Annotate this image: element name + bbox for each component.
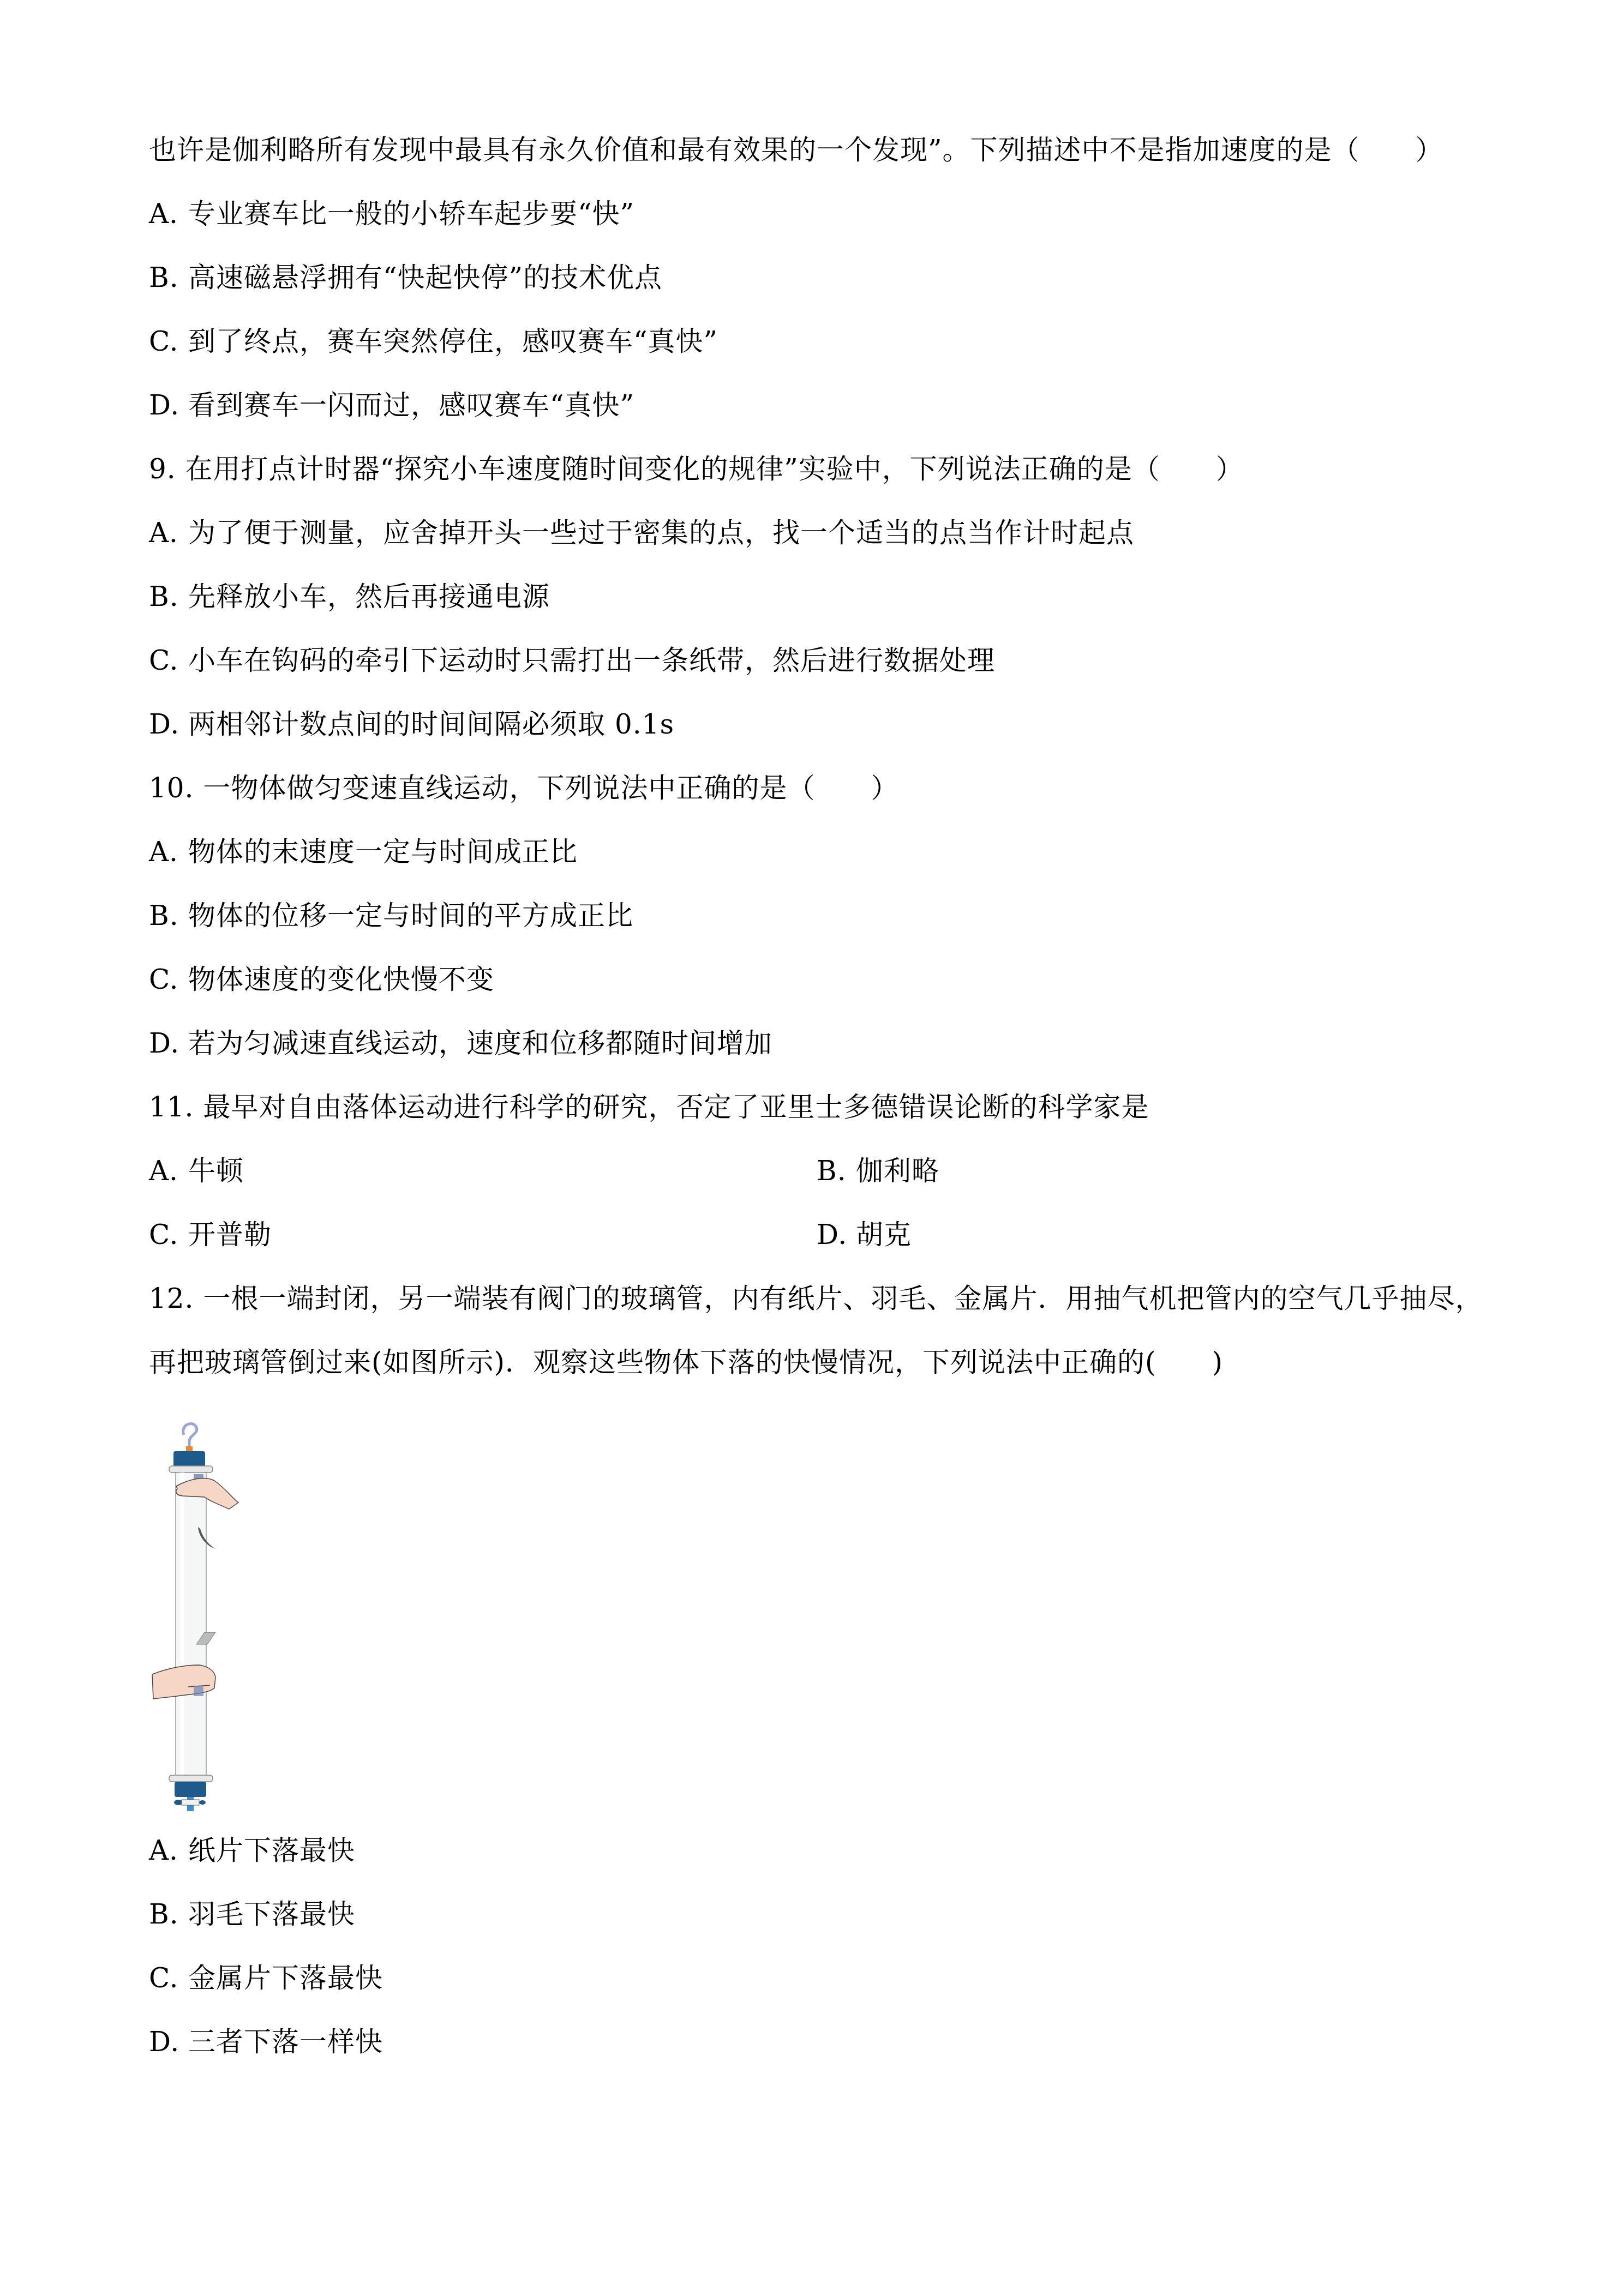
option-label: B. [149, 580, 188, 613]
option-text: 高速磁悬浮拥有“快起快停”的技术优点 [188, 262, 662, 293]
top-cap [173, 1451, 205, 1468]
hook-nut [186, 1446, 193, 1452]
q9-option-b: B.先释放小车，然后再接通电源 [149, 580, 550, 613]
option-text: 开普勒 [188, 1219, 272, 1251]
option-label: D. [149, 1027, 188, 1060]
option-label: D. [817, 1218, 856, 1251]
option-label: D. [149, 389, 188, 422]
q10-option-a: A.物体的末速度一定与时间成正比 [149, 836, 578, 868]
option-label: C. [149, 1218, 188, 1251]
q8-option-c: C.到了终点，赛车突然停住，感叹赛车“真快” [149, 325, 718, 358]
option-label: B. [817, 1155, 856, 1187]
option-text: 纸片下落最快 [188, 1835, 355, 1866]
q11-option-c: C.开普勒 [149, 1219, 272, 1251]
option-text: 物体速度的变化快慢不变 [188, 964, 494, 995]
option-label: A. [149, 1834, 188, 1867]
option-text: 胡克 [856, 1219, 912, 1251]
option-text: 专业赛车比一般的小轿车起步要“快” [188, 198, 634, 230]
q11-stem: 11. 最早对自由落体运动进行科学的研究，否定了亚里士多德错误论断的科学家是 [149, 1091, 1149, 1123]
option-text: 到了终点，赛车突然停住，感叹赛车“真快” [188, 326, 718, 357]
q10-option-d: D.若为匀减速直线运动，速度和位移都随时间增加 [149, 1027, 772, 1060]
q12-option-c: C.金属片下落最快 [149, 1962, 383, 1994]
q10-option-c: C.物体速度的变化快慢不变 [149, 963, 494, 996]
option-text: 三者下落一样快 [188, 2026, 383, 2058]
bottom-cap [175, 1782, 206, 1797]
q10-option-b: B.物体的位移一定与时间的平方成正比 [149, 899, 633, 932]
option-label: A. [149, 197, 188, 230]
q8-option-a: A.专业赛车比一般的小轿车起步要“快” [149, 197, 634, 230]
q12-option-d: D.三者下落一样快 [149, 2025, 383, 2058]
option-text: 牛顿 [188, 1155, 244, 1187]
option-label: A. [149, 516, 188, 549]
top-flange [169, 1466, 213, 1472]
option-label: A. [149, 836, 188, 868]
option-text: 若为匀减速直线运动，速度和位移都随时间增加 [188, 1027, 772, 1059]
q11-option-b: B.伽利略 [817, 1155, 939, 1187]
q9-stem: 9. 在用打点计时器“探究小车速度随时间变化的规律”实验中，下列说法正确的是（ … [149, 453, 1244, 485]
q12-option-a: A.纸片下落最快 [149, 1834, 355, 1867]
option-text: 物体的末速度一定与时间成正比 [188, 836, 578, 868]
q11-option-d: D.胡克 [817, 1218, 912, 1251]
q11-option-a: A.牛顿 [149, 1155, 244, 1187]
option-text: 羽毛下落最快 [188, 1898, 355, 1930]
q12-stem-line-1: 12. 一根一端封闭，另一端装有阀门的玻璃管，内有纸片、羽毛、金属片．用抽气机把… [149, 1282, 1483, 1315]
option-label: D. [149, 2025, 188, 2058]
option-label: C. [149, 1962, 188, 1994]
bottom-flange [169, 1775, 213, 1782]
option-label: C. [149, 644, 188, 677]
option-text: 金属片下落最快 [188, 1962, 383, 1994]
option-text: 伽利略 [856, 1155, 939, 1187]
q8-stem-tail: 也许是伽利略所有发现中最具有永久价值和最有效果的一个发现”。下列描述中不是指加速… [149, 134, 1443, 166]
option-label: B. [149, 1898, 188, 1931]
q11-options-row-1: A.牛顿 B.伽利略 [149, 1155, 1458, 1187]
option-text: 小车在钩码的牵引下运动时只需打出一条纸带，然后进行数据处理 [188, 645, 995, 676]
q12-option-b: B.羽毛下落最快 [149, 1898, 355, 1931]
option-label: C. [149, 963, 188, 996]
option-label: A. [149, 1155, 188, 1187]
q9-option-c: C.小车在钩码的牵引下运动时只需打出一条纸带，然后进行数据处理 [149, 644, 995, 677]
q9-option-a: A.为了便于测量，应舍掉开头一些过于密集的点，找一个适当的点当作计时起点 [149, 516, 1134, 549]
q9-option-d: D.两相邻计数点间的时间间隔必须取 0.1s [149, 708, 674, 741]
q8-option-d: D.看到赛车一闪而过，感叹赛车“真快” [149, 389, 634, 422]
option-label: D. [149, 708, 188, 741]
option-text: 看到赛车一闪而过，感叹赛车“真快” [188, 389, 634, 421]
option-text: 两相邻计数点间的时间间隔必须取 0.1s [188, 708, 674, 740]
q8-option-b: B.高速磁悬浮拥有“快起快停”的技术优点 [149, 261, 662, 294]
option-text: 为了便于测量，应舍掉开头一些过于密集的点，找一个适当的点当作计时起点 [188, 517, 1134, 549]
q12-stem-line-2: 再把玻璃管倒过来(如图所示)．观察这些物体下落的快慢情况，下列说法中正确的( ) [149, 1346, 1223, 1379]
option-text: 先释放小车，然后再接通电源 [188, 581, 550, 612]
option-label: C. [149, 325, 188, 358]
q10-stem: 10. 一物体做匀变速直线运动，下列说法中正确的是（ ） [149, 772, 898, 804]
vacuum-tube-illustration [150, 1415, 286, 1813]
option-label: B. [149, 261, 188, 294]
option-text: 物体的位移一定与时间的平方成正比 [188, 900, 633, 931]
option-label: B. [149, 899, 188, 932]
hook-icon [183, 1423, 197, 1447]
q11-options-row-2: C.开普勒 D.胡克 [149, 1218, 1458, 1251]
